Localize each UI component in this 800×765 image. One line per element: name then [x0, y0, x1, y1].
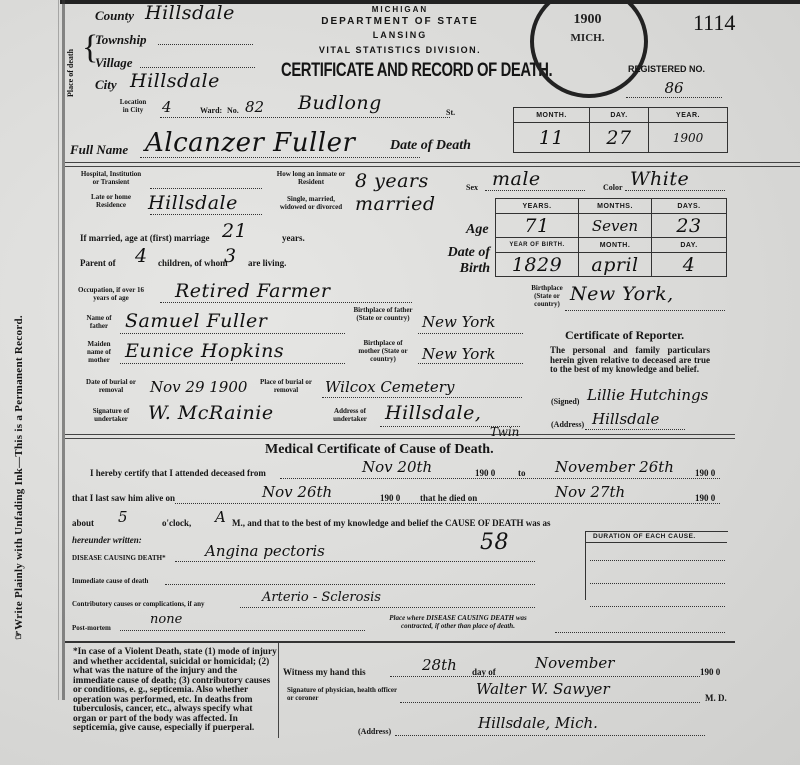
undertaker-value: W. McRainie: [148, 402, 274, 424]
county-label: County: [95, 8, 134, 24]
header-department: DEPARTMENT OF STATE: [290, 16, 510, 27]
street-name: Budlong: [298, 92, 382, 114]
witness-year: 190 0: [700, 667, 720, 677]
reporter-signed-label: (Signed): [551, 397, 579, 406]
disease-value: Angina pectoris: [205, 542, 325, 560]
age-months-value: Seven: [579, 214, 652, 238]
occupation-line: [160, 302, 412, 303]
file-number: 1114: [693, 10, 735, 36]
children-of-whom-label: children, of whom: [158, 258, 228, 268]
color-label: Color: [603, 183, 623, 192]
registered-label: REGISTERED NO.: [628, 64, 705, 74]
contributory-value: Arterio - Sclerosis: [262, 590, 381, 605]
village-line: [140, 67, 255, 68]
residence-label: Late or home Residence: [80, 193, 142, 209]
city-value: Hillsdale: [130, 70, 270, 92]
attended-line: [280, 478, 720, 479]
birth-year-header: YEAR OF BIRTH.: [496, 238, 579, 253]
duration-line-1: [590, 560, 725, 561]
cause-statement: M., and that to the best of my knowledge…: [232, 518, 551, 528]
children-count: 4: [135, 245, 148, 267]
age-label: Age: [466, 222, 489, 238]
father-birthplace-label: Birthplace of father (State or country): [352, 306, 414, 322]
physician-line: [400, 702, 700, 703]
burial-date-value: Nov 29 1900: [150, 378, 247, 396]
hereunder-label: hereunder written:: [72, 535, 142, 545]
color-line: [625, 190, 725, 191]
place-contracted-label: Place where DISEASE CAUSING DEATH was co…: [378, 614, 538, 630]
physician-signature: Walter W. Sawyer: [476, 680, 610, 698]
header-state: MICHIGAN: [330, 5, 470, 14]
street-number: 82: [245, 98, 264, 116]
married-age-years-label: years.: [282, 233, 305, 243]
oclock-label: o'clock,: [162, 518, 191, 528]
residence-value: Hillsdale: [148, 192, 238, 214]
certificate-title: CERTIFICATE AND RECORD OF DEATH.: [281, 60, 552, 82]
physician-label: Signature of physician, health officer o…: [287, 686, 397, 702]
contributory-line: [240, 607, 535, 608]
date-of-death-table: MONTH. DAY. YEAR. 11 27 1900: [513, 107, 728, 153]
duration-line-3: [590, 606, 725, 607]
md-label: M. D.: [705, 693, 727, 703]
age-days-header: DAYS.: [652, 199, 727, 214]
birth-month-value: april: [579, 253, 652, 277]
physician-address-value: Hillsdale, Mich.: [478, 714, 598, 732]
full-name-line: [140, 157, 420, 158]
hospital-line: [150, 188, 262, 189]
full-name-label: Full Name: [70, 142, 128, 158]
birth-day-value: 4: [652, 253, 727, 277]
occupation-label: Occupation, if over 16 years of age: [78, 286, 144, 302]
contributory-label: Contributory causes or complications, if…: [72, 600, 204, 608]
attended-from-value: Nov 20th: [362, 458, 432, 476]
how-long-value: 8 years: [355, 170, 429, 192]
place-of-death-label: Place of death: [66, 12, 78, 102]
birthplace-line: [565, 310, 725, 311]
mother-line: [120, 363, 345, 364]
full-name-value: Alcanzer Fuller: [145, 128, 355, 158]
married-age-label: If married, age at (first) marriage: [80, 233, 209, 243]
age-months-header: MONTHS.: [579, 199, 652, 214]
father-line: [120, 333, 345, 334]
ward-label: Ward:: [200, 106, 222, 115]
certify-label: I hereby certify that I attended decease…: [90, 468, 266, 478]
postmortem-label: Post-mortem: [72, 624, 111, 632]
death-month-header: MONTH.: [514, 108, 590, 123]
marital-label: Single, married, widowed or divorced: [275, 195, 347, 211]
father-birthplace-value: New York: [422, 313, 496, 331]
year-suffix-2: 190 0: [695, 468, 715, 478]
died-on-label: that he died on: [420, 493, 477, 503]
dob-label: Date of Birth: [440, 245, 490, 277]
married-age-value: 21: [222, 220, 247, 242]
age-days-value: 23: [652, 214, 727, 238]
ampm-value: A: [215, 508, 226, 526]
how-long-label: How long an inmate or Resident: [275, 170, 347, 186]
city-label: City: [95, 77, 117, 93]
last-saw-line: [175, 503, 720, 504]
undertaker-label: Signature of undertaker: [80, 407, 142, 423]
burial-date-label: Date of burial or removal: [80, 378, 142, 394]
township-label: Township: [95, 32, 147, 48]
footnote-text: *In case of a Violent Death, state (1) m…: [73, 648, 278, 734]
father-birthplace-line: [418, 333, 523, 334]
last-saw-label: that I last saw him alive on: [72, 493, 175, 503]
birth-year-value: 1829: [496, 253, 579, 277]
burial-place-line: [322, 397, 522, 398]
father-value: Samuel Fuller: [125, 310, 267, 332]
disease-label: DISEASE CAUSING DEATH*: [72, 554, 166, 562]
undertaker-address-label: Address of undertaker: [325, 407, 375, 423]
header-division: VITAL STATISTICS DIVISION.: [290, 45, 510, 55]
reporter-address-label: (Address): [551, 420, 584, 429]
mother-birthplace-label: Birthplace of mother (State or country): [352, 339, 414, 363]
divider: [65, 162, 800, 167]
postmortem-line: [120, 630, 365, 631]
witness-label: Witness my hand this: [283, 667, 366, 677]
attended-to-value: November 26th: [555, 458, 674, 476]
burial-place-label: Place of burial or removal: [255, 378, 317, 394]
date-of-death-label: Date of Death: [390, 138, 471, 154]
birth-month-header: MONTH.: [579, 238, 652, 253]
death-day-header: DAY.: [590, 108, 649, 123]
age-years-header: YEARS.: [496, 199, 579, 214]
birth-day-header: DAY.: [652, 238, 727, 253]
occupation-value: Retired Farmer: [175, 280, 330, 302]
residence-line: [150, 214, 262, 215]
no-label: No.: [227, 106, 239, 115]
witness-day: 28th: [422, 656, 457, 674]
ward-value: 4: [162, 98, 172, 116]
marital-value: married: [355, 193, 436, 215]
year-suffix-3: 190 0: [380, 493, 400, 503]
location-line: [160, 117, 450, 118]
stamp-year: 1900MICH.: [545, 15, 630, 43]
children-living-label: are living.: [248, 258, 286, 268]
mother-birthplace-value: New York: [422, 345, 496, 363]
divider-medical: [65, 434, 735, 439]
year-suffix-1: 190 0: [475, 468, 495, 478]
death-certificate-document: ☞Write Plainly with Unfading Ink—This is…: [0, 0, 800, 765]
immediate-label: Immediate cause of death: [72, 577, 148, 585]
medical-annotation: Twin: [490, 425, 519, 439]
mother-label: Maiden name of mother: [80, 340, 118, 364]
sex-label: Sex: [466, 183, 478, 192]
hour-value: 5: [118, 508, 128, 526]
birthplace-value: New York,: [570, 283, 674, 305]
registered-number: 86: [626, 79, 722, 98]
reporter-title: Certificate of Reporter.: [565, 328, 684, 343]
physician-address-label: (Address): [358, 727, 391, 736]
postmortem-value: none: [150, 612, 182, 627]
death-day-value: 27: [590, 123, 649, 153]
age-years-value: 71: [496, 214, 579, 238]
undertaker-address-value: Hillsdale,: [385, 402, 481, 424]
hospital-label: Hospital, Institution or Transient: [80, 170, 142, 186]
reporter-address-line: [585, 429, 685, 430]
mother-value: Eunice Hopkins: [125, 340, 284, 362]
reporter-address-value: Hillsdale: [592, 410, 659, 428]
duration-header: DURATION OF EACH CAUSE.: [593, 533, 696, 540]
sex-value: male: [492, 168, 541, 190]
place-contracted-line: [555, 632, 725, 633]
margin-note: ☞Write Plainly with Unfading Ink—This is…: [12, 315, 25, 640]
medical-title: Medical Certificate of Cause of Death.: [265, 442, 494, 458]
died-on-value: Nov 27th: [555, 483, 625, 501]
burial-place-value: Wilcox Cemetery: [325, 378, 454, 396]
duration-line-2: [590, 583, 725, 584]
to-label: to: [518, 468, 526, 478]
children-living: 3: [224, 245, 237, 267]
township-line: [158, 44, 253, 45]
witness-line: [390, 676, 700, 677]
immediate-line: [165, 584, 535, 585]
birthplace-label: Birthplace (State or country): [528, 284, 566, 308]
county-value: Hillsdale: [145, 2, 285, 24]
parent-of-label: Parent of: [80, 258, 116, 268]
reporter-statement: The personal and family particulars here…: [550, 346, 710, 375]
death-month-value: 11: [514, 123, 590, 153]
header-city: LANSING: [340, 30, 460, 40]
last-saw-value: Nov 26th: [262, 483, 332, 501]
death-year-header: YEAR.: [649, 108, 728, 123]
witness-month: November: [535, 654, 614, 672]
death-year-value: 1900: [649, 123, 728, 153]
year-suffix-4: 190 0: [695, 493, 715, 503]
disease-code: 58: [480, 530, 509, 555]
village-label: Village: [95, 55, 133, 71]
st-label: St.: [446, 108, 455, 117]
mother-birthplace-line: [418, 363, 523, 364]
disease-line: [175, 561, 535, 562]
left-border: [62, 0, 65, 700]
sex-line: [485, 190, 585, 191]
about-label: about: [72, 518, 94, 528]
reporter-signed-value: Lillie Hutchings: [587, 386, 708, 404]
duration-header-rule: [585, 542, 727, 543]
father-label: Name of father: [80, 314, 118, 330]
age-birth-table: YEARS. MONTHS. DAYS. 71 Seven 23 YEAR OF…: [495, 198, 727, 277]
color-value: White: [630, 168, 689, 190]
location-label: Location in City: [118, 98, 148, 114]
physician-address-line: [395, 735, 705, 736]
left-border-inner: [58, 0, 59, 700]
